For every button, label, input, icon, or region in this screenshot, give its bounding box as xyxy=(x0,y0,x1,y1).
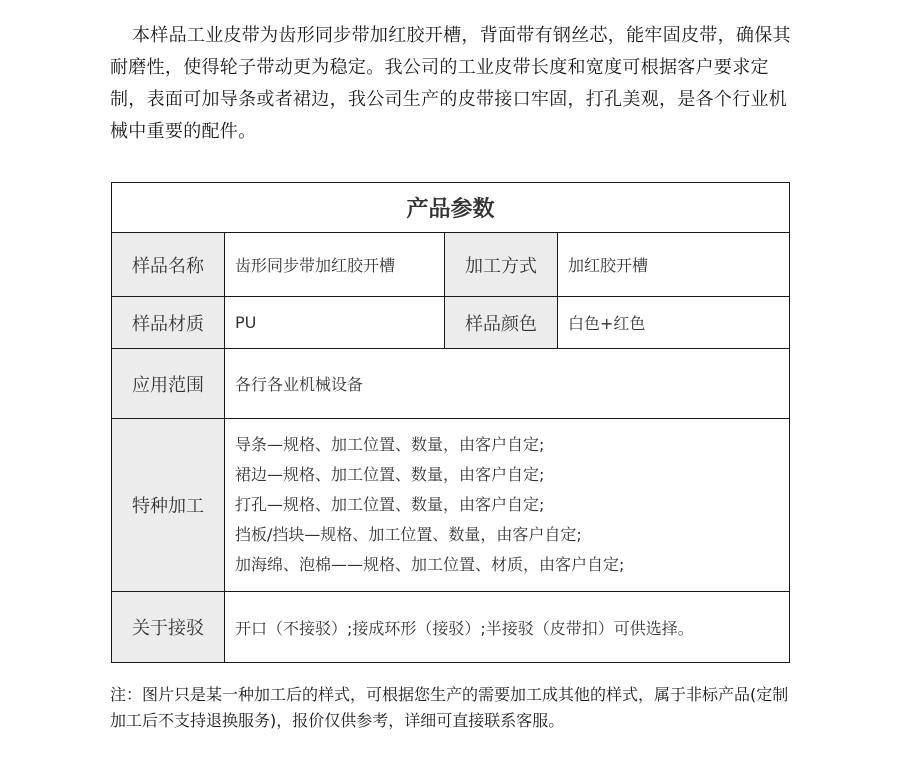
value-processing-method: 加红胶开槽 xyxy=(558,233,790,297)
label-material: 样品材质 xyxy=(112,297,225,349)
table-row: 样品名称 齿形同步带加红胶开槽 加工方式 加红胶开槽 xyxy=(112,233,790,297)
intro-paragraph: 本样品工业皮带为齿形同步带加红胶开槽，背面带有钢丝芯，能牢固皮带，确保其耐磨性，… xyxy=(110,20,800,148)
special-line: 挡板/挡块—规格、加工位置、数量，由客户自定; xyxy=(235,520,789,550)
value-material: PU xyxy=(225,297,445,349)
value-sample-name: 齿形同步带加红胶开槽 xyxy=(225,233,445,297)
special-line: 加海绵、泡棉——规格、加工位置、材质，由客户自定; xyxy=(235,550,789,580)
label-application: 应用范围 xyxy=(112,349,225,419)
value-color: 白色+红色 xyxy=(558,297,790,349)
label-color: 样品颜色 xyxy=(445,297,558,349)
label-splicing: 关于接驳 xyxy=(112,592,225,663)
label-special-processing: 特种加工 xyxy=(112,419,225,592)
label-sample-name: 样品名称 xyxy=(112,233,225,297)
note-paragraph: 注：图片只是某一种加工后的样式，可根据您生产的需要加工成其他的样式，属于非标产品… xyxy=(110,682,800,734)
table-title: 产品参数 xyxy=(112,183,790,233)
table-row: 样品材质 PU 样品颜色 白色+红色 xyxy=(112,297,790,349)
special-line: 导条—规格、加工位置、数量，由客户自定; xyxy=(235,430,789,460)
value-splicing: 开口（不接驳）;接成环形（接驳）;半接驳（皮带扣）可供选择。 xyxy=(225,592,790,663)
intro-text: 本样品工业皮带为齿形同步带加红胶开槽，背面带有钢丝芯，能牢固皮带，确保其耐磨性，… xyxy=(110,20,800,148)
note-text: 注：图片只是某一种加工后的样式，可根据您生产的需要加工成其他的样式，属于非标产品… xyxy=(110,682,800,734)
table-row: 应用范围 各行各业机械设备 xyxy=(112,349,790,419)
special-line: 裙边—规格、加工位置、数量，由客户自定; xyxy=(235,460,789,490)
value-application: 各行各业机械设备 xyxy=(225,349,790,419)
table-row: 关于接驳 开口（不接驳）;接成环形（接驳）;半接驳（皮带扣）可供选择。 xyxy=(112,592,790,663)
label-processing-method: 加工方式 xyxy=(445,233,558,297)
value-special-processing: 导条—规格、加工位置、数量，由客户自定; 裙边—规格、加工位置、数量，由客户自定… xyxy=(225,419,790,592)
special-line: 打孔—规格、加工位置、数量，由客户自定; xyxy=(235,490,789,520)
product-parameters-table: 产品参数 样品名称 齿形同步带加红胶开槽 加工方式 加红胶开槽 样品材质 PU … xyxy=(111,182,790,663)
table-row: 特种加工 导条—规格、加工位置、数量，由客户自定; 裙边—规格、加工位置、数量，… xyxy=(112,419,790,592)
